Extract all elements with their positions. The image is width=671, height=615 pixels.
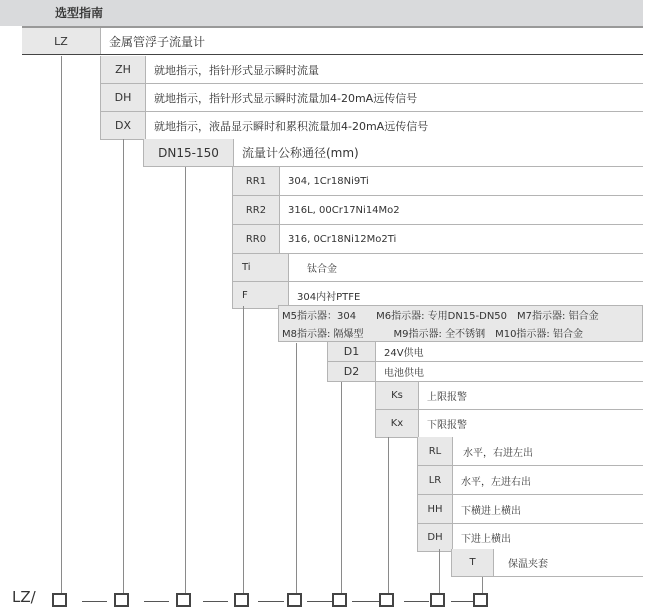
level-material-group: RR1 304, 1Cr18Ni9Ti RR2 316L, 00Cr17Ni14… <box>232 167 643 309</box>
slot-box <box>52 593 67 607</box>
slot-box <box>473 593 488 607</box>
option-row: HH 下横进上横出 <box>417 495 643 524</box>
desc-cell: 下限报警 <box>419 410 643 438</box>
connector-line <box>296 343 297 596</box>
desc-cell: 保温夹套 <box>494 549 643 577</box>
slot-box <box>379 593 394 607</box>
code-cell: HH <box>417 495 453 523</box>
desc-cell: 钛合金 <box>289 254 643 281</box>
code-cell: RR2 <box>232 196 280 224</box>
code-cell: DX <box>100 112 146 139</box>
connector-line <box>185 167 186 596</box>
desc-cell: 金属管浮子流量计 <box>101 28 643 54</box>
separator-dash <box>144 601 169 602</box>
option-row: RR1 304, 1Cr18Ni9Ti <box>232 167 643 196</box>
level-jacket-row: T 保温夹套 <box>451 549 643 577</box>
option-row: DH 就地指示，指针形式显示瞬时流量加4-20mA远传信号 <box>100 84 643 112</box>
separator-dash <box>258 601 284 602</box>
slot-box <box>287 593 302 607</box>
separator-dash <box>352 601 379 602</box>
desc-cell: 就地指示，指针形式显示瞬时流量加4-20mA远传信号 <box>146 84 643 111</box>
option-row: DH 下进上横出 <box>417 524 643 552</box>
desc-cell: 24V供电 <box>376 342 643 361</box>
slot-box <box>176 593 191 607</box>
connector-line <box>388 437 389 596</box>
desc-cell: 316L, 00Cr17Ni14Mo2 <box>280 196 643 224</box>
slot-box <box>234 593 249 607</box>
desc-cell: 304, 1Cr18Ni9Ti <box>280 167 643 195</box>
desc-cell: 上限报警 <box>419 382 643 409</box>
code-cell: DH <box>417 524 453 552</box>
model-prefix: LZ/ <box>12 588 36 606</box>
code-cell: RL <box>417 437 453 465</box>
code-cell: D1 <box>327 342 376 361</box>
separator-dash <box>82 601 107 602</box>
connector-line <box>243 306 244 596</box>
connector-line <box>341 382 342 596</box>
option-row: RR0 316, 0Cr18Ni12Mo2Ti <box>232 225 643 254</box>
code-cell: RR0 <box>232 225 280 253</box>
level-connection-group: RL 水平，右进左出 LR 水平，左进右出 HH 下横进上横出 DH 下进上横出 <box>417 437 643 552</box>
option-row: LR 水平，左进右出 <box>417 466 643 495</box>
desc-cell: 下横进上横出 <box>453 495 643 523</box>
indicator-row-1: M5指示器：304 M6指示器: 专用DN15-DN50 M7指示器: 铝合金 <box>278 305 643 324</box>
code-cell: D2 <box>327 362 376 382</box>
separator-dash <box>451 601 474 602</box>
desc-cell: 水平，左进右出 <box>453 466 643 494</box>
desc-cell: 就地指示，指针形式显示瞬时流量 <box>146 56 643 83</box>
code-cell: DH <box>100 84 146 111</box>
slot-box <box>332 593 347 607</box>
level-lz-row: LZ 金属管浮子流量计 <box>22 28 643 55</box>
option-row: D2 电池供电 <box>327 362 643 382</box>
separator-dash <box>307 601 332 602</box>
option-row: Ks 上限报警 <box>375 382 643 410</box>
desc-cell: 就地指示，液晶显示瞬时和累积流量加4-20mA远传信号 <box>146 112 643 139</box>
slot-box <box>114 593 129 607</box>
code-cell: LZ <box>22 28 101 54</box>
level-diameter-row: DN15-150 流量计公称通径(mm) <box>143 139 643 167</box>
code-cell: Ti <box>232 254 289 281</box>
code-cell: T <box>451 549 494 577</box>
option-row: RL 水平，右进左出 <box>417 437 643 466</box>
option-row: Ti 钛合金 <box>232 254 643 282</box>
separator-dash <box>203 601 228 602</box>
desc-cell: 水平，右进左出 <box>453 437 643 465</box>
option-row: DX 就地指示，液晶显示瞬时和累积流量加4-20mA远传信号 <box>100 112 643 140</box>
desc-cell: 电池供电 <box>376 362 643 382</box>
slot-box <box>430 593 445 607</box>
code-cell: RR1 <box>232 167 280 195</box>
code-cell: ZH <box>100 56 146 83</box>
code-cell: DN15-150 <box>143 139 234 166</box>
level-display-group: ZH 就地指示，指针形式显示瞬时流量 DH 就地指示，指针形式显示瞬时流量加4-… <box>100 56 643 140</box>
code-cell: Kx <box>375 410 419 438</box>
code-cell: LR <box>417 466 453 494</box>
connector-line <box>439 549 440 596</box>
desc-cell: 流量计公称通径(mm) <box>234 139 643 166</box>
option-row: RR2 316L, 00Cr17Ni14Mo2 <box>232 196 643 225</box>
connector-line <box>123 139 124 596</box>
indicator-row-2: M8指示器: 隔爆型 M9指示器: 全不锈钢 M10指示器: 铝合金 <box>278 323 643 342</box>
option-row: Kx 下限报警 <box>375 410 643 438</box>
desc-cell: 下进上横出 <box>453 524 643 552</box>
desc-cell: 316, 0Cr18Ni12Mo2Ti <box>280 225 643 253</box>
section-title: 选型指南 <box>55 4 103 21</box>
level-alarm-group: Ks 上限报警 Kx 下限报警 <box>375 382 643 438</box>
option-row: D1 24V供电 <box>327 342 643 362</box>
separator-dash <box>404 601 429 602</box>
connector-line <box>61 56 62 596</box>
code-cell: Ks <box>375 382 419 409</box>
level-power-group: D1 24V供电 D2 电池供电 <box>327 342 643 382</box>
option-row: ZH 就地指示，指针形式显示瞬时流量 <box>100 56 643 84</box>
